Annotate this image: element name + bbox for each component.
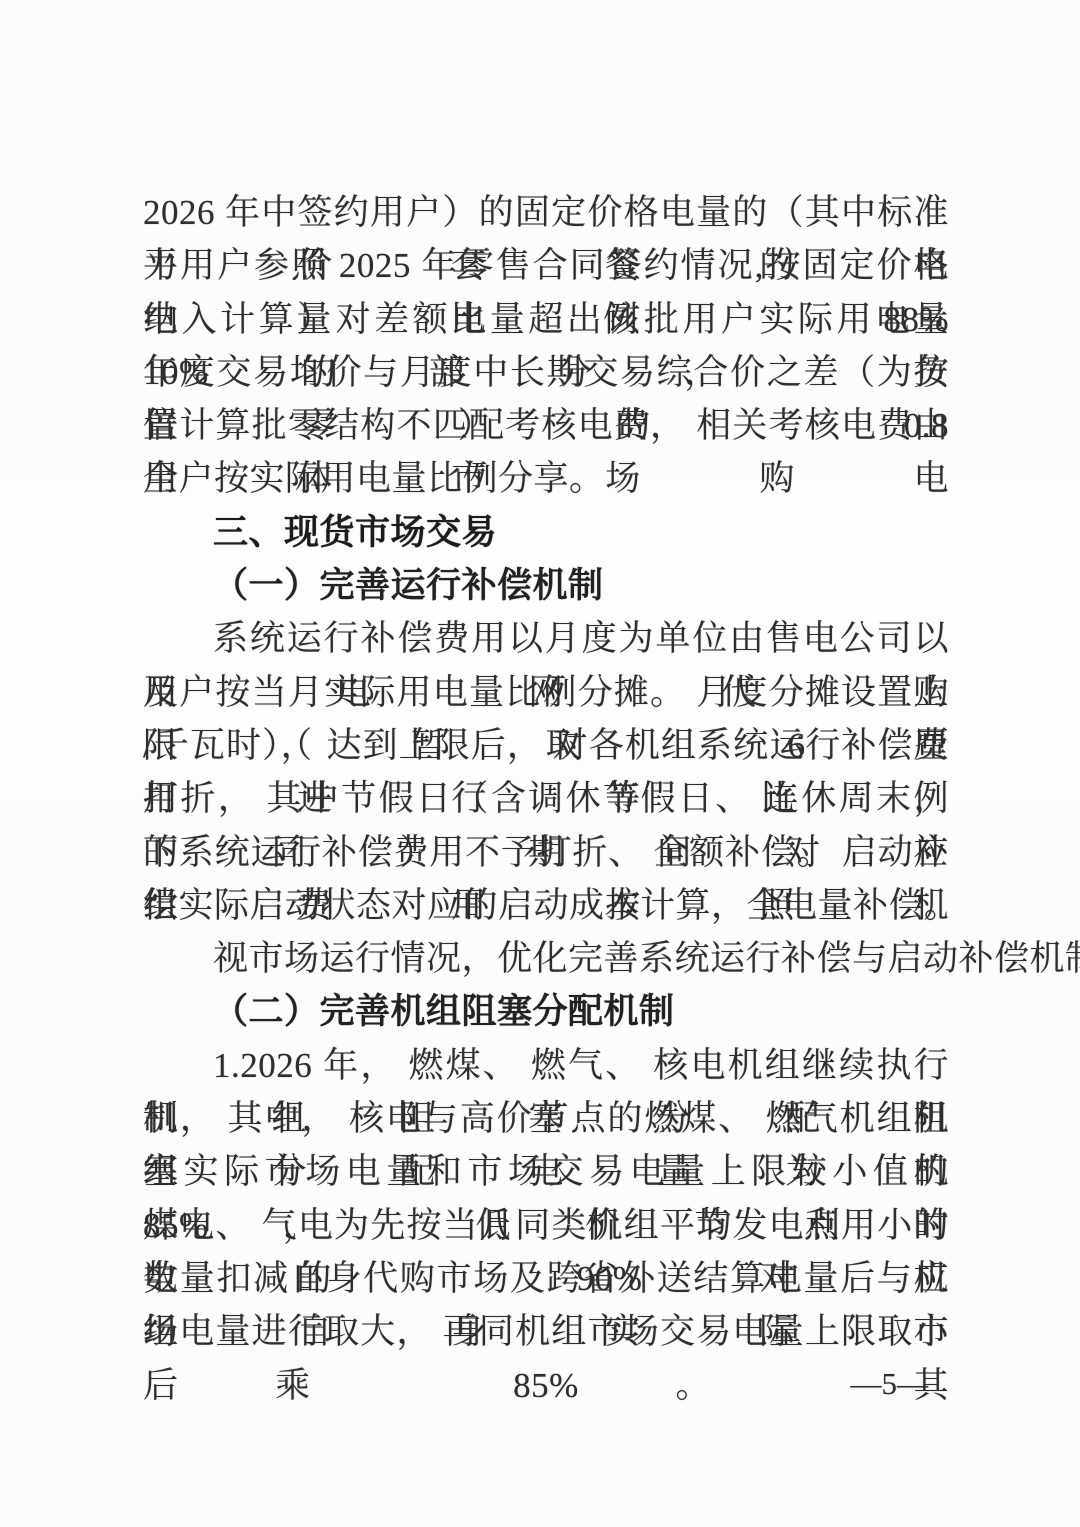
text-line: 视市场运行情况，优化完善系统运行补偿与启动补偿机制。 (143, 932, 949, 985)
text-line: 组实际市场电量和市场交易电量上限较小值的 85%， 低价节点的 (143, 1145, 949, 1198)
text-line: 2026 年中签约用户）的固定价格电量的（其中标准平价套餐的电 (143, 186, 949, 239)
text-line: 用户按当月实际用电量比例分摊。 月度分摊设置上限（暂取 6 厘 (143, 666, 949, 719)
text-line: 组实际启动状态对应的启动成本计算，全电量补偿。 (143, 879, 949, 932)
text-line: 纳入计算）对差额电量超出该批用户实际用电量 10%的部分， 按 (143, 293, 949, 346)
text-line: 场电量进行取大， 再同机组市场交易电量上限取小后乘 85%。 其 (143, 1305, 949, 1358)
text-line: 电量扣减自身代购市场及跨省外送结算电量后与机组自身实际市 (143, 1252, 949, 1305)
text-line: 力用户参照 2025 年零售合同签约情况,按固定价格电量比例 88% (143, 239, 949, 292)
text-line: 打折， 其中节假日（含调休节假日、 连休周末， 下同）期间对应 (143, 772, 949, 825)
text-line: 倍计算批零结构不匹配考核电费， 相关考核电费由全体市场购电 (143, 399, 949, 452)
subsection-heading: （二）完善机组阻塞分配机制 (143, 985, 949, 1038)
text-line: 系统运行补偿费用以月度为单位由售电公司以及电网代购 (143, 612, 949, 665)
page-number: —5— (851, 1366, 929, 1402)
document-page: 2026 年中签约用户）的固定价格电量的（其中标准平价套餐的电力用户参照 202… (0, 0, 1080, 1527)
text-line: 1.2026 年， 燃煤、 燃气、 核电机组继续执行机组阻塞分配机 (143, 1039, 949, 1092)
text-line: 煤电、 气电为先按当月同类机组平均发电利用小时数的 90%对应 (143, 1199, 949, 1252)
text-line: 制， 其中， 核电与高价节点的燃煤、 燃气机组阻塞分配电量为机 (143, 1092, 949, 1145)
text-line: /千瓦时）， 达到上限后， 对各机组系统运行补偿费用进行等比例 (143, 719, 949, 772)
text-line: 年度交易均价与月度中长期交易综合价之差（为负置零）的 0.8 (143, 346, 949, 399)
text-line: 的系统运行补偿费用不予打折、 全额补偿。 启动补偿费用按照机 (143, 826, 949, 879)
subsection-heading: （一）完善运行补偿机制 (143, 559, 949, 612)
section-heading: 三、现货市场交易 (143, 506, 949, 559)
document-body: 2026 年中签约用户）的固定价格电量的（其中标准平价套餐的电力用户参照 202… (143, 186, 949, 1359)
